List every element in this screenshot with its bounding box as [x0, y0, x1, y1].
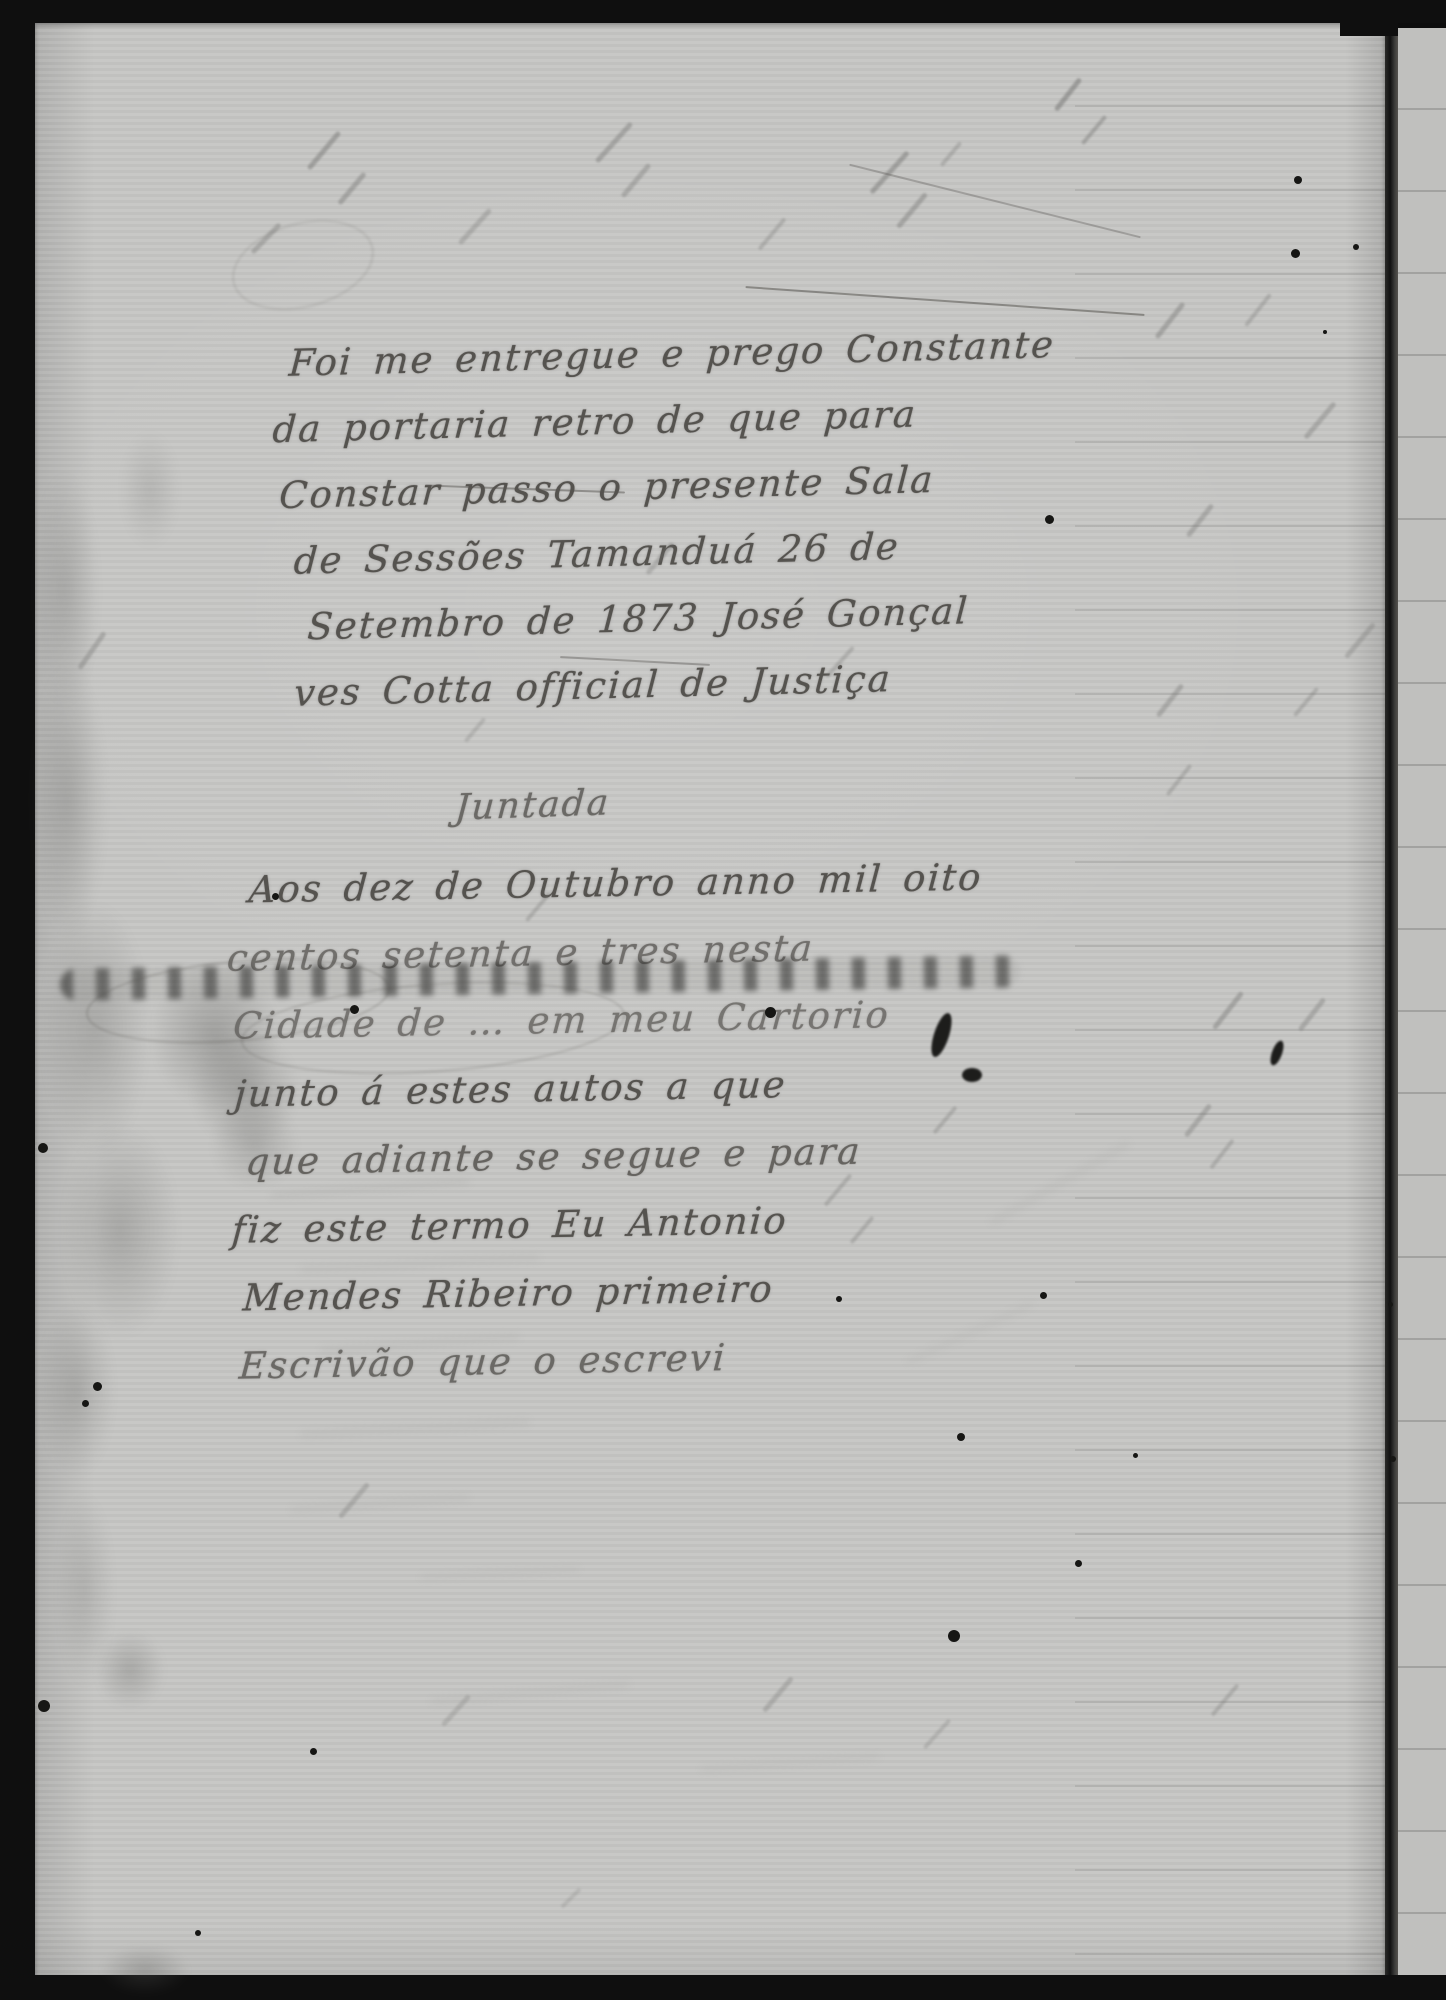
- ink-speck: [765, 1007, 776, 1018]
- binding-gutter: [1385, 0, 1398, 2000]
- ink-speck: [1353, 244, 1359, 250]
- ink-speck: [1040, 1292, 1047, 1299]
- ink-speck: [350, 1005, 359, 1014]
- ink-speck: [1323, 330, 1327, 334]
- ink-speck: [93, 1382, 102, 1391]
- scanned-document: Foi me entregue e prego Constante da por…: [0, 0, 1446, 2000]
- paper-stain: [36, 1300, 116, 1480]
- ink-speck: [38, 1700, 50, 1712]
- ink-speck: [82, 1400, 89, 1407]
- ink-smear: [962, 1068, 982, 1082]
- paper-stain: [28, 660, 108, 940]
- manuscript-line: Escrivão que o escrevi: [237, 1319, 993, 1400]
- scan-edge-top-right-corner: [1340, 0, 1398, 36]
- scan-edge-top: [0, 0, 1446, 23]
- paper-stain: [120, 430, 180, 550]
- paper-stain: [55, 1490, 115, 1690]
- ink-speck: [1045, 515, 1054, 524]
- ink-speck: [310, 1748, 317, 1755]
- ink-speck: [1075, 1560, 1082, 1567]
- juntada-heading: Juntada: [454, 782, 612, 829]
- ink-speck: [1294, 176, 1302, 184]
- certificate-text-block: Foi me entregue e prego Constante da por…: [155, 312, 1064, 730]
- ink-speck: [272, 893, 279, 900]
- adjacent-page-edge: [1398, 28, 1446, 1975]
- ink-speck: [1390, 1456, 1396, 1462]
- ink-speck: [195, 1930, 201, 1936]
- ink-speck: [1291, 249, 1300, 258]
- paper-stain: [210, 1100, 300, 1190]
- scan-edge-left: [0, 0, 35, 2000]
- manuscript-line: Aos dez de Outubro anno mil oito: [247, 844, 985, 925]
- ink-speck: [1133, 1453, 1138, 1458]
- ink-speck: [836, 1296, 842, 1302]
- paper-stain: [100, 1945, 190, 1995]
- ink-speck: [948, 1630, 960, 1642]
- ruled-lines-showthrough: [1075, 23, 1385, 1975]
- ink-speck: [957, 1433, 965, 1441]
- manuscript-line: que adiante se segue e para: [243, 1115, 989, 1196]
- scan-edge-bottom: [0, 1975, 1446, 2000]
- ink-speck: [1388, 1302, 1393, 1307]
- ink-speck: [38, 1143, 48, 1153]
